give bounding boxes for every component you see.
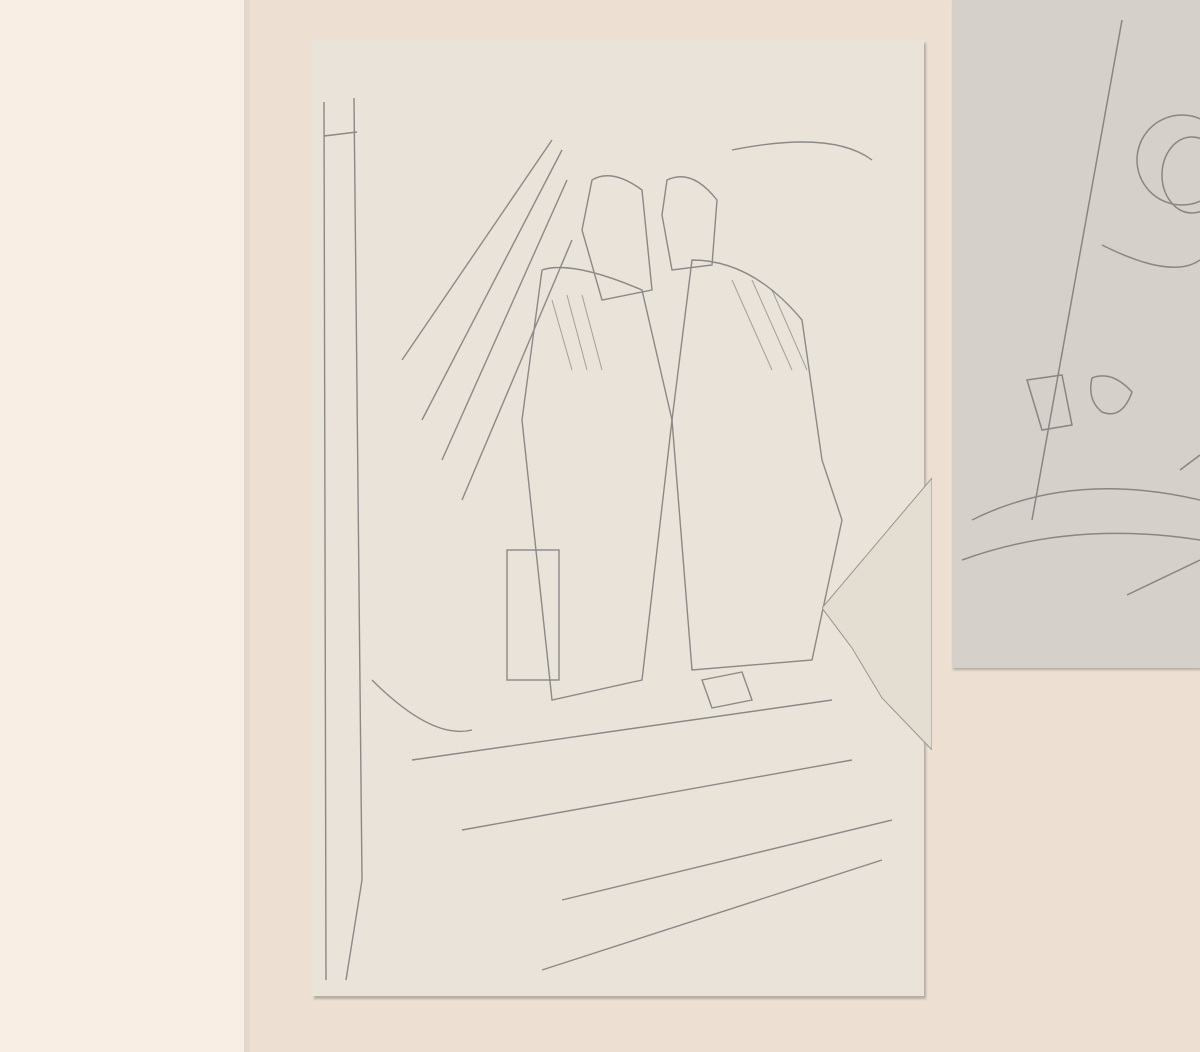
background-margin bbox=[0, 0, 244, 1052]
child-sketch bbox=[952, 0, 1200, 668]
folded-corner bbox=[822, 478, 932, 750]
secondary-sketch-sheet bbox=[952, 0, 1200, 668]
